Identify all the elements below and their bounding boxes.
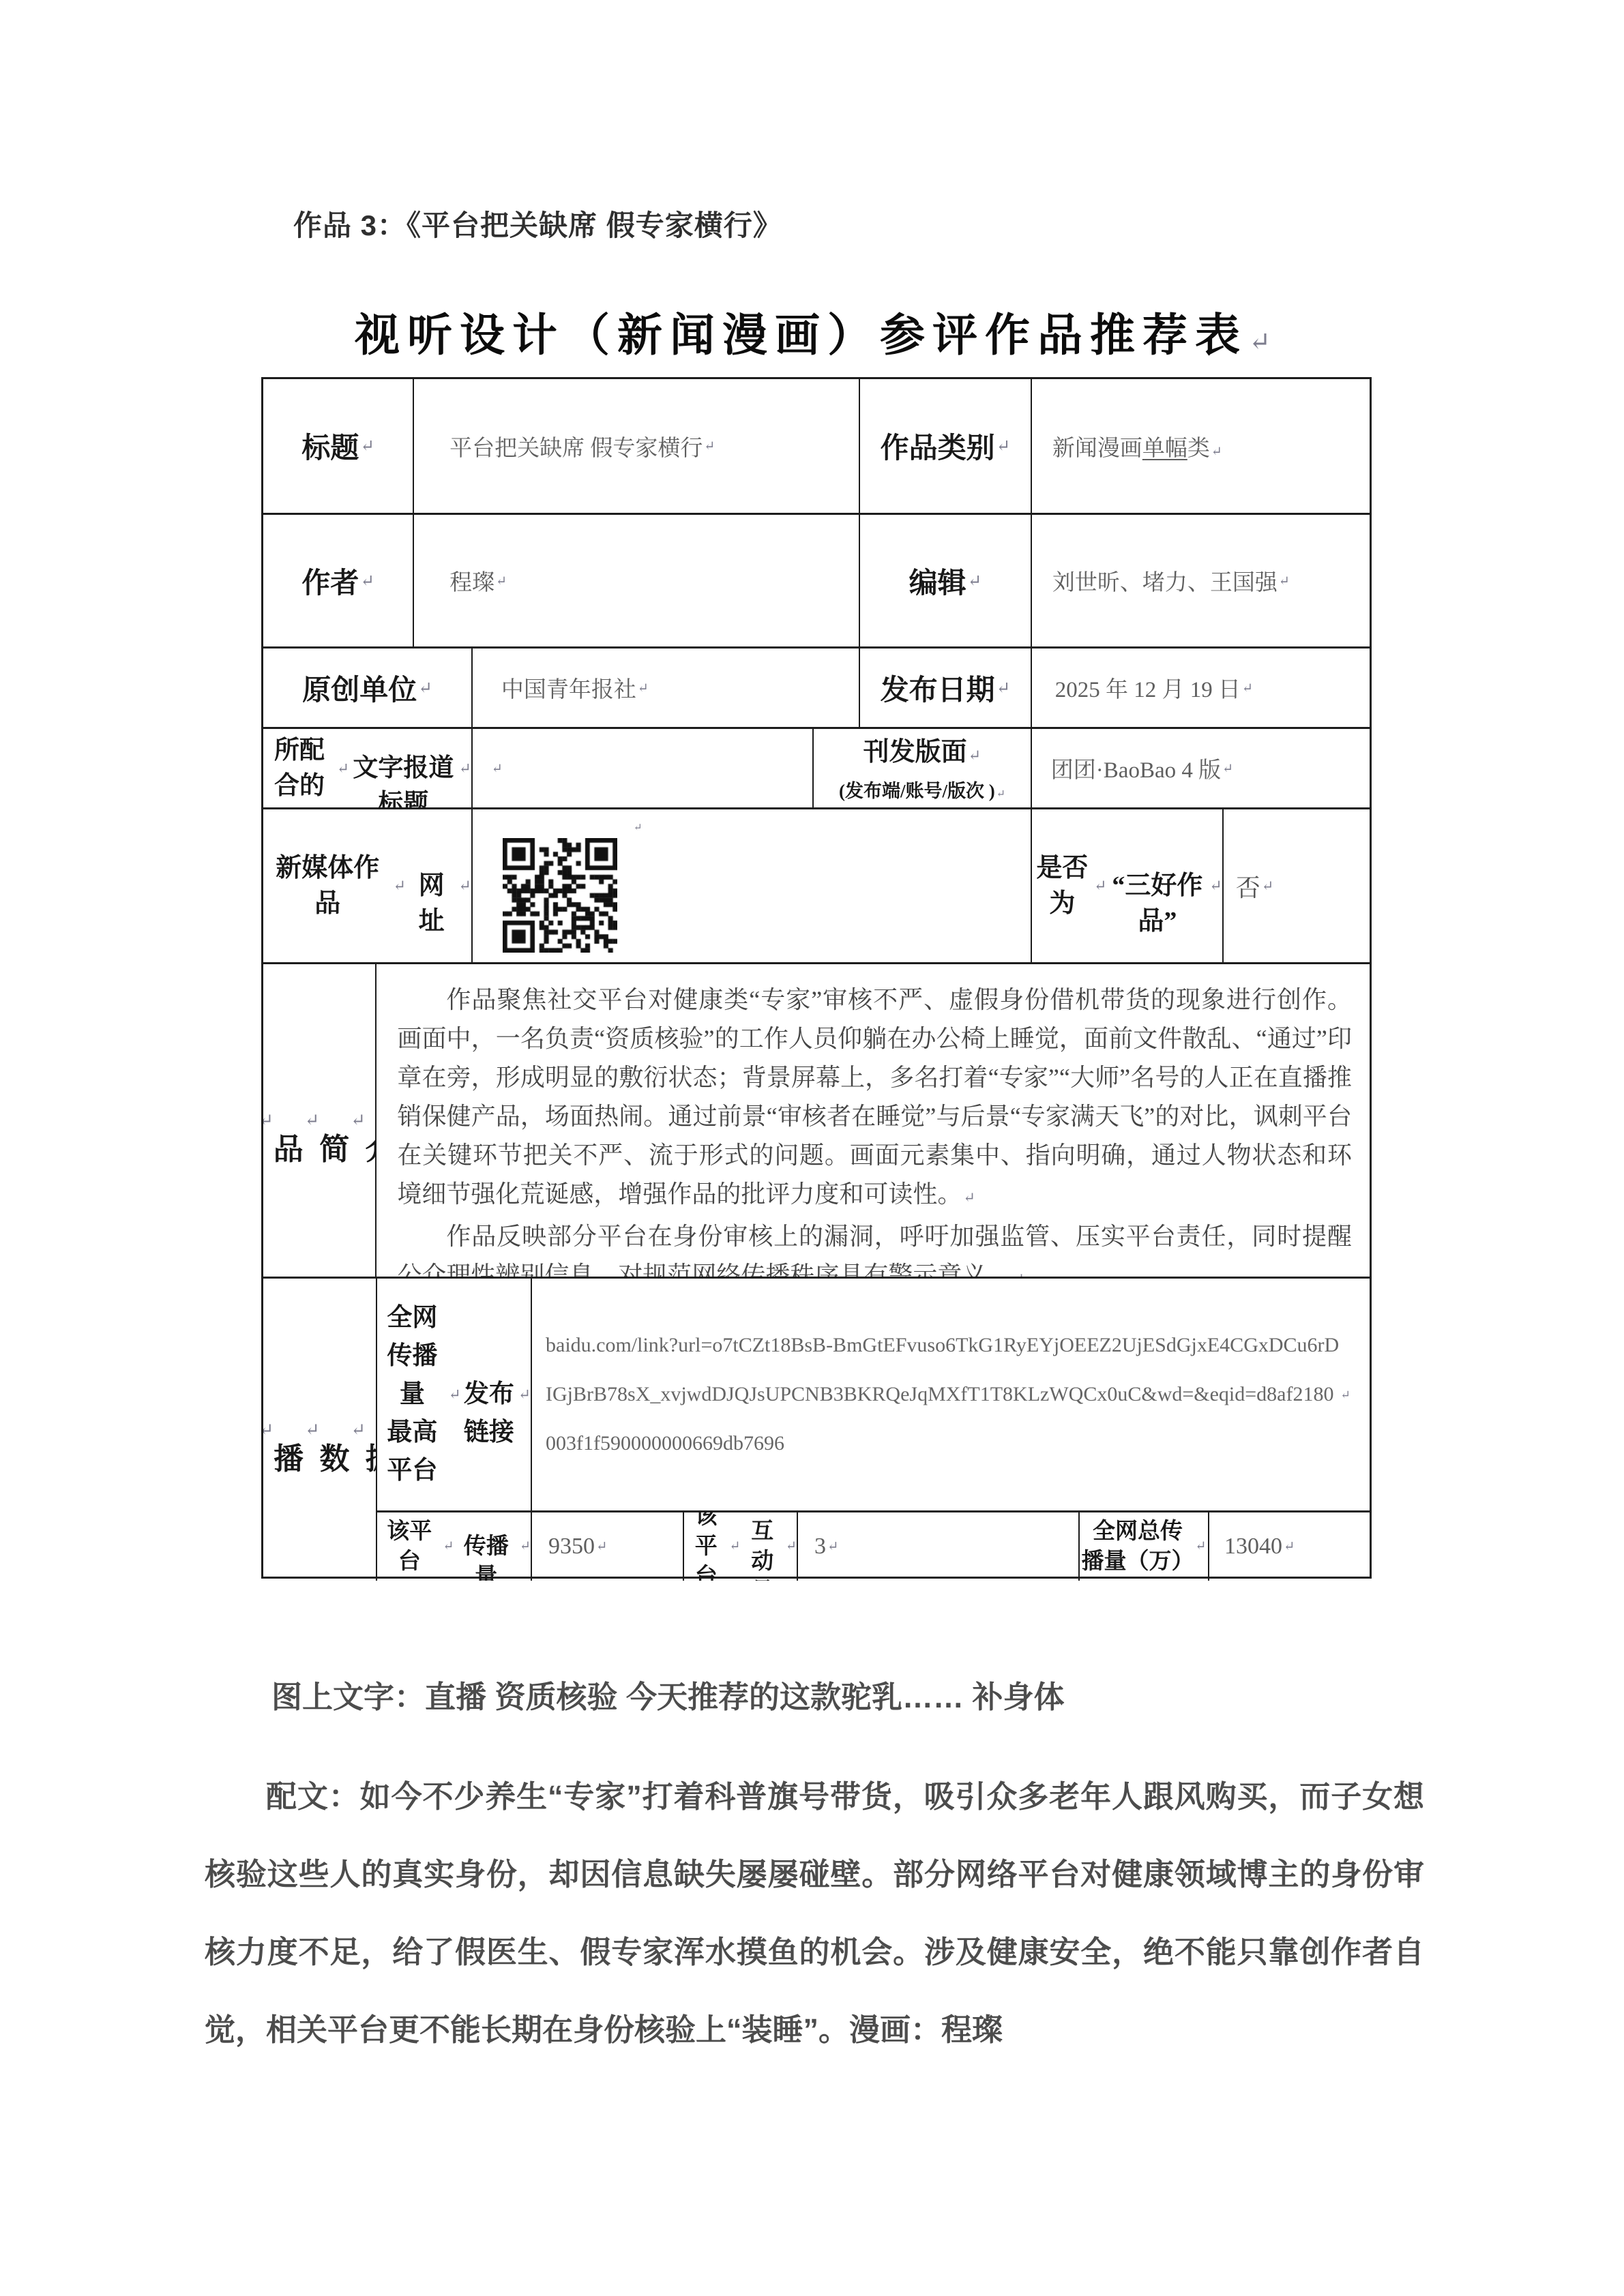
row-author-editor: 作者↵ 程璨↵ 编辑↵ 刘世昕、堵力、王国强↵ bbox=[263, 515, 1370, 648]
row-title-category: 标题↵ 平台把关缺席 假专家横行↵ 作品类别↵ 新闻漫画单幅类↵ bbox=[263, 379, 1370, 515]
body-caption: 配文：如今不少养生“专家”打着科普旗号带货，吸引众多老年人跟风购买，而子女想核验… bbox=[205, 1758, 1424, 2069]
category-value-prefix: 新闻漫画 bbox=[1052, 430, 1142, 462]
category-value: 新闻漫画单幅类↵ bbox=[1032, 379, 1370, 513]
author-label: 作者↵ bbox=[263, 515, 414, 646]
spread-data-body: 全网传播量 最高平台↵ 发布链接↵ baidu.com/link?url=o7t… bbox=[377, 1279, 1370, 1581]
intro-label: 作↵ 品↵ 简↵ 介↵ bbox=[263, 964, 377, 1277]
intro-text: 作品聚焦社交平台对健康类“专家”审核不严、虚假身份借机带货的现象进行创作。画面中… bbox=[377, 964, 1370, 1277]
layout-label-cell: 刊发版面↵ (发布端/账号/版次 )↵ bbox=[814, 729, 1032, 807]
sanhao-label: 是否为↵ “三好作品”↵ bbox=[1032, 809, 1224, 962]
category-label: 作品类别↵ bbox=[860, 379, 1032, 513]
intro-paragraph-1: 作品聚焦社交平台对健康类“专家”审核不严、虚假身份借机带货的现象进行创作。画面中… bbox=[397, 981, 1352, 1217]
report-title-value: ↵ bbox=[473, 729, 814, 807]
form-title: 视听设计（新闻漫画）参评作品推荐表↵ bbox=[261, 299, 1372, 363]
date-label: 发布日期↵ bbox=[860, 648, 1032, 727]
link-value: baidu.com/link?url=o7tCZt18BsB-BmGtEFvus… bbox=[532, 1279, 1370, 1510]
category-value-suffix: 类↵ bbox=[1187, 430, 1222, 462]
title-value: 平台把关缺席 假专家横行↵ bbox=[414, 379, 860, 513]
author-value: 程璨↵ bbox=[414, 515, 860, 646]
title-label: 标题↵ bbox=[263, 379, 414, 513]
link-label: 全网传播量 最高平台↵ 发布链接↵ bbox=[377, 1279, 532, 1510]
media-url-label: 新媒体作品↵ 网址↵ bbox=[263, 809, 473, 962]
row-intro: 作↵ 品↵ 简↵ 介↵ 作品聚焦社交平台对健康类“专家”审核不严、虚假身份借机带… bbox=[263, 964, 1370, 1279]
platform-spread-label: 该平台↵ 传播量↵ bbox=[377, 1512, 532, 1581]
editor-label: 编辑↵ bbox=[860, 515, 1032, 646]
org-value: 中国青年报社↵ bbox=[473, 648, 860, 727]
category-value-underlined: 单幅 bbox=[1142, 430, 1187, 462]
row-report-layout: 所配合的↵ 文字报道标题↵ ↵ 刊发版面↵ (发布端/账号/版次 )↵ 团团·B… bbox=[263, 729, 1370, 809]
platform-interact-value: 3↵ bbox=[798, 1512, 1080, 1581]
row-spread-data: 传↵ 播↵ 数↵ 据↵ 全网传播量 最高平台↵ 发布链接↵ baidu.com/… bbox=[263, 1279, 1370, 1581]
row-org-date: 原创单位↵ 中国青年报社↵ 发布日期↵ 2025 年 12 月 19 日↵ bbox=[263, 648, 1370, 729]
row-stats: 该平台↵ 传播量↵ 9350↵ 该平台↵ 互动量↵ 3↵ 全网总传 播量（万）↵… bbox=[377, 1512, 1370, 1581]
qr-paragraph-mark: ↵ bbox=[632, 815, 643, 835]
document-page: 作品 3：《平台把关缺席 假专家横行》 视听设计（新闻漫画）参评作品推荐表↵ 标… bbox=[0, 0, 1624, 2296]
sanhao-value: 否↵ bbox=[1224, 809, 1370, 962]
total-spread-value: 13040↵ bbox=[1209, 1512, 1370, 1581]
editor-value: 刘世昕、堵力、王国强↵ bbox=[1032, 515, 1370, 646]
report-title-label: 所配合的↵ 文字报道标题↵ bbox=[263, 729, 473, 807]
platform-spread-value: 9350↵ bbox=[532, 1512, 684, 1581]
media-url-qr-cell: ↵ bbox=[473, 809, 1032, 962]
total-spread-label: 全网总传 播量（万）↵ bbox=[1080, 1512, 1209, 1581]
qr-code bbox=[503, 838, 617, 953]
date-value: 2025 年 12 月 19 日↵ bbox=[1032, 648, 1370, 727]
layout-value: 团团·BaoBao 4 版↵ bbox=[1032, 729, 1370, 807]
image-text-caption: 图上文字：直播 资质核验 今天推荐的这款驼乳…… 补身体 bbox=[210, 1672, 1421, 1716]
row-link: 全网传播量 最高平台↵ 发布链接↵ baidu.com/link?url=o7t… bbox=[377, 1279, 1370, 1512]
spread-data-label: 传↵ 播↵ 数↵ 据↵ bbox=[263, 1279, 377, 1581]
intro-paragraph-2: 作品反映部分平台在身份审核上的漏洞，呼吁加强监管、压实平台责任，同时提醒公众理性… bbox=[397, 1217, 1352, 1277]
row-media-url: 新媒体作品↵ 网址↵ ↵ 是否为↵ “三好作品”↵ 否↵ bbox=[263, 809, 1370, 964]
org-label: 原创单位↵ bbox=[263, 648, 473, 727]
layout-sublabel: (发布端/账号/版次 )↵ bbox=[839, 776, 1005, 803]
platform-interact-label: 该平台↵ 互动量↵ bbox=[684, 1512, 798, 1581]
page-heading: 作品 3：《平台把关缺席 假专家横行》 bbox=[293, 203, 782, 244]
recommendation-form-table: 标题↵ 平台把关缺席 假专家横行↵ 作品类别↵ 新闻漫画单幅类↵ 作者↵ 程璨↵… bbox=[261, 377, 1372, 1579]
layout-label: 刊发版面↵ bbox=[863, 734, 981, 773]
